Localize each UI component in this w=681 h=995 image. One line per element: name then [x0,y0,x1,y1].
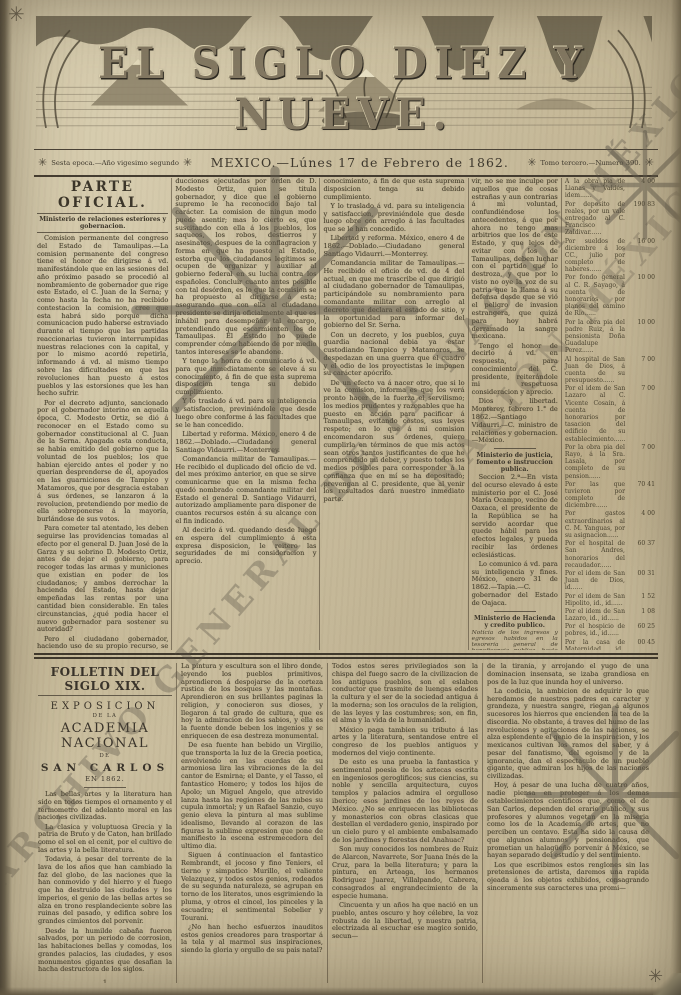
issue-number: Tomo tercero.—Numero 390. [541,159,641,167]
folletin-col4-paragraphs: de la tirania, y arrojando el yugo de un… [487,663,649,894]
dateline: ✳ Sesta epoca.—Año vigesimo segundo ✳ ME… [34,149,658,177]
news-paragraph: vir, no se me inculpe por aquellos que d… [472,178,558,341]
folletin-paragraph: Cincuenta y un años ha que nació en un p… [332,902,478,941]
edition-label: Sesta epoca.—Año vigesimo segundo [51,159,179,167]
news-paragraph: conocimiento, á fin de que esta suprema … [323,178,464,201]
news-paragraph: Libertad y reforma. México, enero 4 de 1… [175,431,316,454]
ledger-item: Por el hospicio de pobres, id., id...... [565,623,625,637]
ledger-row: Por gastos extraordinarios al C. M. Yang… [565,510,655,539]
folletin-column-2: La pintura y escultura son el libro dond… [176,663,327,983]
folletin-paragraph: De esto es una prueba la fantastica y se… [332,759,478,844]
folletin-paragraph: La pintura y escultura son el libro dond… [181,663,323,741]
ledger-item: Por el idem de San Lazaro, id., id...... [565,608,625,622]
news-paragraph: Con un decreto, y los pueblos, cuya guar… [323,332,464,379]
ledger-item: Por sueldos de diciembre á los CC., juli… [565,238,625,274]
ledger-row: Por el hospital de San Andres, honorario… [565,540,655,569]
news-paragraph: Y lo traslado á vd. para su inteligencia… [323,203,464,234]
book-spine-shadow [0,0,12,995]
news-paragraph: Comandancia militar de Tamaulipas.—He re… [175,456,316,526]
col4-paragraphs: vir, no se me inculpe por aquellos que d… [472,178,558,445]
ledger-amount: 10 00 [625,274,655,317]
ledger-amount: 16 00 [625,238,655,274]
folletin-col1-paragraphs: Las bellas artes y la literatura han sid… [38,791,172,976]
page-edge-shadow [671,0,681,995]
folletin-paragraph: Todavia, á pesar del torrente de la lava… [38,856,172,926]
fleuron-ornament-icon: ✳ [641,156,658,169]
ledger-item: Por el idem de San Hipolito, id., id....… [565,593,625,607]
ledger-row: Por el idem de San Lazaro, id., id......… [565,608,655,622]
news-paragraph: Libertad y reforma. México, enero 4 de 1… [323,235,464,258]
ministry-hacienda-heading: Ministerio de Hacienda y credito publico… [472,615,558,629]
ledger-row: Por fondo general al C. R. Sayago, á cue… [565,274,655,317]
ledger-row: Al hospital de San Juan de Dios, á cuent… [565,356,655,385]
ledger-item: Por gastos extraordinarios al C. M. Yang… [565,510,625,539]
col3-paragraphs: conocimiento, á fin de que esta suprema … [323,178,464,504]
fleuron-ornament-icon: ✳ [179,156,196,169]
news-paragraph: Y lo traslado á vd. para su inteligencia… [175,398,316,429]
fleuron-ornament-icon: ✳ [523,156,540,169]
folletin-paragraph: Siguen á continuacion el fantastico Remb… [181,852,323,922]
ledger-item: A la obra pia de Lianas y Valdés, idem..… [565,178,625,200]
folletin-paragraph: La codicia, la ambicion de adquirir lo q… [487,688,649,781]
ledger-amount: 70 41 [625,481,655,510]
folletin-paragraph: Hoy, á pesar de una lucha de cuatro años… [487,782,649,860]
folletin-col2-paragraphs: La pintura y escultura son el libro dond… [181,663,323,956]
ledger-row: Por deposito de reales, por un vale entr… [565,201,655,237]
year-label: EN 1862. [38,775,172,783]
folletin-paragraph: Las bellas artes y la literatura han sid… [38,791,172,822]
news-paragraph: Para cometer tal atentado, les deben seg… [37,525,168,634]
ledger-item: Por fondo general al C. R. Sayago, á cue… [565,274,625,317]
ledger-row: Por el hospicio de pobres, id., id......… [565,623,655,637]
folletin-header: FOLLETIN DEL SIGLO XIX. [38,665,172,693]
page-corner-shadow [653,973,681,995]
news-paragraph: Comision permanente del congreso del Est… [37,235,168,398]
page-number: 1 [38,976,172,983]
folletin-paragraph: Los que escribimos estos renglones sin l… [487,862,649,893]
ledger-row: Por la casa de Maternidad, id., id......… [565,639,655,650]
folletin-column-4: de la tirania, y arrojando el yugo de un… [482,663,653,983]
folletin-paragraph: ¿No han hecho esfuerzos inauditos estos … [181,924,323,955]
ledger-amount: 7 00 [625,444,655,480]
ledger-amount: 1 08 [625,608,655,622]
folletin-paragraph: Son muy conocidos los nombres de Ruiz de… [332,846,478,900]
ledger-item: Por deposito de reales, por un vale entr… [565,201,625,237]
folletin-section: FOLLETIN DEL SIGLO XIX. EXPOSICION DE LA… [34,663,658,983]
ledger-row: Por la obra pia del padre Ruiz, á la pen… [565,319,655,355]
issue-date: MEXICO.—Lúnes 17 de Febrero de 1862. [196,155,523,170]
academia-title: ACADEMIA NACIONAL [38,721,172,751]
ledger-row: A la obra pia de Lianas y Valdés, idem..… [565,178,655,200]
folletin-column-1: FOLLETIN DEL SIGLO XIX. EXPOSICION DE LA… [34,663,176,983]
news-paragraph: Seccion 2.ª—En vista del ocurso elevado … [472,474,558,559]
news-paragraph: Dios y libertad. Monterey, febrero 1.° d… [472,398,558,445]
ministry-justicia-heading: Ministerio de justicia, fomento e instru… [472,452,558,473]
news-paragraph: Pero el ciudadano gobernador, haciendo u… [37,636,168,650]
top-column-4: vir, no se me inculpe por aquellos que d… [468,178,561,650]
ledger-row: Por el idem de San Hipolito, id., id....… [565,593,655,607]
ledger-row: Por sueldos de diciembre á los CC., juli… [565,238,655,274]
section-divider-rule [34,653,658,659]
col1-paragraphs: Comision permanente del congreso del Est… [37,235,168,650]
folletin-paragraph: Todos estos seres privilegiados son la c… [332,663,478,725]
ledger-amount: 60 37 [625,540,655,569]
exposicion-title: EXPOSICION [38,701,172,712]
justicia-paragraphs: Seccion 2.ª—En vista del ocurso elevado … [472,474,558,608]
parte-oficial-heading: PARTE OFICIAL. [37,179,168,211]
ledger-item: Por el hospital de San Andres, honorario… [565,540,625,569]
ledger-amount: 190 83 [625,201,655,237]
official-section: PARTE OFICIAL. Ministerio de relaciones … [34,178,658,650]
folletin-paragraph: De esa fuente han bebido un Virgilio, qu… [181,742,323,851]
top-column-1: PARTE OFICIAL. Ministerio de relaciones … [34,178,171,650]
ledger-row: Por las que tuvieron por completo de dic… [565,481,655,510]
de-label: DE [38,753,172,759]
ledger-row: Por el idem de San Lazaro al C. Vicente … [565,385,655,443]
masthead: EL SIGLO DIEZ Y NUEVE. [36,16,652,132]
news-paragraph: Lo comunico á vd. para su inteligencia y… [472,561,558,608]
news-paragraph: Y tengo la honra de comunicarlo á vd. pa… [175,358,316,397]
ledger-item: Por el idem de San Juan de Dios, id.....… [565,570,625,592]
de-la-label: DE LA [38,713,172,719]
folletin-paragraph: Desde la humilde cabaña fueron salvados,… [38,928,172,975]
ledger-amount: 10 00 [625,319,655,355]
top-column-2: ducciones ejecutadas por órden de D. Mod… [171,178,319,650]
ledger-row: Por la obra pia del Rayo, á la Sra. Lasa… [565,444,655,480]
fleuron-ornament-icon: ✳ [34,156,51,169]
ledger-amount: 7 00 [625,356,655,385]
ledger-amount: 7 00 [625,385,655,443]
ministry-relaciones-heading: Ministerio de relaciones esteriores y go… [37,216,168,230]
folletin-paragraph: de la tirania, y arrojando el yugo de un… [487,663,649,686]
ledger-amount: 60 25 [625,623,655,637]
news-paragraph: Comandancia militar de Tamaulipas.—He re… [323,260,464,330]
ledger-row: Por el idem de San Juan de Dios, id.....… [565,570,655,592]
top-column-3: conocimiento, á fin de que esta suprema … [319,178,467,650]
ledger-item: Al hospital de San Juan de Dios, á cuent… [565,356,625,385]
folletin-paragraph: México paga tambien su tributo á las art… [332,727,478,758]
folletin-col3-paragraphs: Todos estos seres privilegiados son la c… [332,663,478,942]
ledger-item: Por la obra pia del Rayo, á la Sra. Lasa… [565,444,625,480]
top-column-5-ledger: A la obra pia de Lianas y Valdés, idem..… [561,178,658,650]
ledger-amount: 00 45 [625,639,655,650]
san-carlos-title: SAN CARLOS [38,762,172,774]
ledger-amount: 1 52 [625,593,655,607]
folletin-paragraph: La clasica y voluptuosa Grecia y la patr… [38,824,172,855]
news-paragraph: De un efecto va á nacer otro, que si lo … [323,380,464,504]
ledger-item: Por la casa de Maternidad, id., id...... [565,639,625,650]
hacienda-note: Noticia de los ingresos y egresos habido… [472,630,558,650]
ledger-amount: 00 31 [625,570,655,592]
ledger-item: Por la obra pia del padre Ruiz, á la pen… [565,319,625,355]
ledger-item: Por el idem de San Lazaro al C. Vicente … [565,385,626,443]
col2-paragraphs: ducciones ejecutadas por órden de D. Mod… [175,178,316,566]
ledger-right: A la obra pia de Lianas y Valdés, idem..… [565,178,655,650]
ledger-amount: 4 00 [625,510,655,539]
ledger-item: Por las que tuvieron por completo de dic… [565,481,625,510]
ledger-amount: 4 00 [625,178,655,200]
folletin-column-3: Todos estos seres privilegiados son la c… [327,663,482,983]
news-paragraph: Al decirlo á vd. quedando desde luego en… [175,527,316,566]
news-paragraph: Tengo el honor de decirlo á vd. en respu… [472,343,558,397]
page-edge-shadow [0,987,681,995]
news-paragraph: ducciones ejecutadas por órden de D. Mod… [175,178,316,357]
news-paragraph: Por el decreto adjunto, sancionado por e… [37,400,168,524]
newspaper-title: EL SIGLO DIEZ Y NUEVE. [36,38,652,140]
